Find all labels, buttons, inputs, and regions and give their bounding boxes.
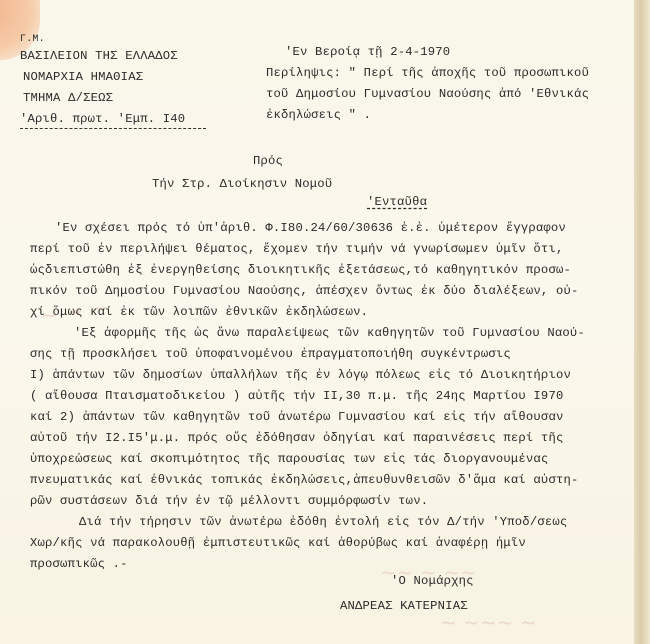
body-line: ρῶν συστάσεων διά τήν ἐν τῷ μέλλοντι συμ…	[30, 495, 428, 507]
body-line: 'Εν σχέσει πρός τό ὑπ'ἀριθ. Φ.Ι80.24/60/…	[55, 222, 566, 234]
page-edge	[634, 0, 650, 644]
body-line: χί ὅμως καί ἐκ τῶν λοιπῶν ἐθνικῶν ἐκδηλώ…	[30, 306, 368, 318]
kingdom-heading: ΒΑΣΙΛΕΙΟΝ ΤΗΣ ΕΛΛΑΔΟΣ	[20, 50, 178, 62]
to-label: Πρός	[253, 155, 283, 167]
summary-line-1: Περίληψις: " Περί τῆς ἀποχῆς τοῦ προσωπι…	[266, 67, 589, 79]
classification-mark: Γ.Μ.	[20, 35, 45, 45]
body-line: ( αἴθουσα Πταισματοδικείου ) αὐτῆς τήν Ι…	[30, 390, 563, 402]
body-line: Ι) ἁπάντων τῶν δημοσίων ὑπαλλήλων τῆς ἐν…	[30, 369, 571, 381]
body-line: ὑποχρεώσεως καί σκοπιμότητος τῆς παρουσί…	[30, 453, 548, 465]
signature-title: 'Ο Νομάρχης	[391, 575, 474, 587]
protocol-number: 'Αριθ. πρωτ. 'Εμπ. Ι40	[20, 113, 185, 125]
place-date: 'Εν Βεροίᾳ τῇ 2-4-1970	[285, 46, 450, 58]
body-line: προσωπικῶς .-	[30, 558, 128, 570]
body-line: ὡςδιεπιστώθη ἐξ ἐνεργηθείσης διοικητικῆς…	[30, 264, 571, 276]
body-line: αὐτοῦ τήν Ι2.Ι5'μ.μ. πρός οὕς ἐδόθησαν ὁ…	[30, 432, 563, 444]
body-line: Διά τήν τήρησιν τῶν ἀνωτέρω ἐδόθη ἐντολή…	[79, 516, 567, 528]
header-underline	[20, 128, 206, 129]
body-line: καί 2) ἁπάντων τῶν καθηγητῶν τοῦ ἀνωτέρω…	[30, 411, 563, 423]
body-line: περί τοῦ ἐν περιλήψει θέματος, ἔχομεν τή…	[30, 243, 563, 255]
body-line: πικόν τοῦ Δημοσίου Γυμνασίου Ναούσης, ἀπ…	[30, 285, 579, 297]
body-line: πνευματικάς καί ἐθνικάς τοπικάς ἐκδηλώσε…	[30, 474, 579, 486]
department-heading: ΤΜΗΜΑ Δ/ΣΕΩΣ	[23, 92, 113, 104]
summary-line-3: ἐκδηλώσεις " .	[266, 109, 371, 121]
location: 'Ενταῦθα	[367, 196, 427, 208]
addressee: Τήν Στρ. Διοίκησιν Νομοῦ	[152, 178, 332, 190]
signature-name: ΑΝΔΡΕΑΣ ΚΑΤΕΡΝΙΑΣ	[340, 600, 468, 612]
body-line: σης τῇ προσκλήσει τοῦ ὑποφαινομένου ἐπρα…	[30, 348, 511, 360]
summary-line-2: τοῦ Δημοσίου Γυμνασίου Ναούσης ἀπό 'Εθνι…	[266, 88, 589, 100]
body-line: 'Εξ ἀφορμῆς τῆς ὡς ἄνω παραλείψεως τῶν κ…	[74, 327, 585, 339]
body-line: Χωρ/κῆς νά παρακολουθῇ ἐμπιστευτικῶς καί…	[30, 537, 526, 549]
prefecture-heading: ΝΟΜΑΡΧΙΑ ΗΜΑΘΙΑΣ	[23, 71, 143, 83]
